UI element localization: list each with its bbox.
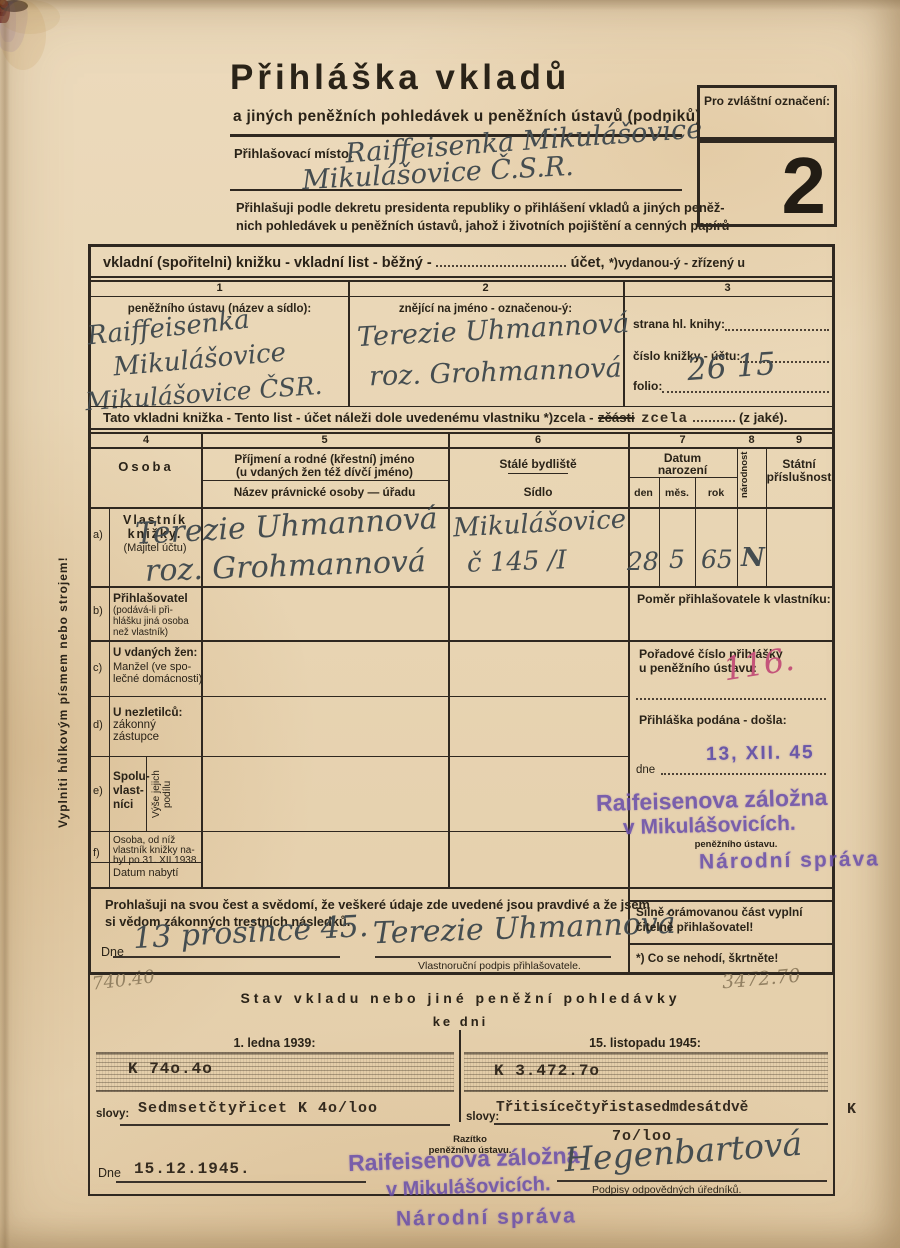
grid-line <box>91 831 628 832</box>
page-title: Přihláška vkladů <box>230 58 570 98</box>
grid-line <box>201 480 448 481</box>
margin-note: Vyplniti hůlkovým písmem nebo strojem! <box>56 388 74 828</box>
signature-line <box>375 956 611 958</box>
column-number-6: 6 <box>448 434 628 446</box>
name-column-label-1: Příjmení a rodné (křestní) jméno <box>201 452 448 466</box>
underline <box>557 1180 827 1182</box>
dotted-fill <box>662 390 829 393</box>
grid-line <box>91 406 832 407</box>
grid-line <box>628 477 737 478</box>
birth-month-handwriting: 5 <box>669 545 685 574</box>
scanned-form-page: Přihláška vkladů a jiných peněžních pohl… <box>0 0 900 1248</box>
main-form-box: vkladní (spořitelni) knižku - vkladní li… <box>88 244 835 975</box>
bold-frame-note: Silně orámovanou část vyplní čitelně při… <box>636 905 824 934</box>
grid-line <box>628 900 832 902</box>
decree-text-1: Přihlašuji podle dekretu presidenta repu… <box>236 200 725 215</box>
row-letter-d: d) <box>93 719 103 731</box>
grid-line <box>91 640 832 642</box>
co-owners-label-1: Spolu- <box>113 769 150 783</box>
officials-signature-caption: Podpisy odpovědných úředníků. <box>592 1184 741 1196</box>
column-number-5: 5 <box>201 434 448 446</box>
acquired-from-label-3: byl po 31. XII.1938 <box>113 855 196 866</box>
account-type-ucet: účet, <box>571 255 605 271</box>
submitted-label: Přihláška podána - došla: <box>639 713 787 727</box>
balance-dne-label: Dne <box>98 1166 121 1180</box>
co-owners-label-3: níci <box>113 797 133 811</box>
grid-line <box>448 432 450 887</box>
row-letter-c: c) <box>93 662 102 674</box>
seat-column-label: Sídlo <box>448 485 628 499</box>
grid-line <box>659 477 660 586</box>
residence-column-label: Stálé bydliště <box>448 457 628 471</box>
bank-stamp-line-1: Raifeisenova záložna <box>348 1142 580 1177</box>
row-letter-b: b) <box>93 605 103 617</box>
name-column-label-2: (u vdaných žen též dívčí jméno) <box>201 465 448 479</box>
ledger-page-label: strana hl. knihy: <box>633 317 725 331</box>
header-rule <box>230 189 682 191</box>
year-sub-label: rok <box>695 487 737 499</box>
bank-stamp-line-3: Národní správa <box>699 847 880 874</box>
share-size-label: Výše jejich podílu <box>151 759 197 829</box>
special-designation-label: Pro zvláštní označení: <box>700 94 834 108</box>
folio-handwriting: 26 15 <box>686 346 777 388</box>
grid-line <box>628 943 832 945</box>
minors-label-1: U nezletilců: <box>113 705 182 719</box>
grid-line <box>91 507 832 509</box>
account-type-left: vkladní (spořitelni) knižku - vkladní li… <box>103 255 432 271</box>
married-women-label-3: lečné domácnosti) <box>113 673 202 685</box>
bank-stamp-line-2: v Mikulášovicích. <box>386 1173 551 1202</box>
column-number-2: 2 <box>348 282 623 294</box>
place-label: Přihlašovací místo: <box>234 146 353 161</box>
row-letter-f: f) <box>93 847 100 859</box>
belongs-line: Tato vkladni knižka - Tento list - účet … <box>103 409 787 427</box>
grid-line <box>348 280 350 406</box>
dotted-fill <box>636 697 826 700</box>
grid-line <box>109 507 110 887</box>
balance-box: Stav vkladu nebo jiné peněžní pohledávky… <box>88 972 835 1196</box>
slovy-label-left: slovy: <box>96 1108 129 1120</box>
applicant-label-1: Přihlašovatel <box>113 591 188 605</box>
slovy-label-right: slovy: <box>466 1111 499 1123</box>
belongs-struck: zčásti <box>598 410 635 425</box>
dotted-fill <box>693 419 735 422</box>
belongs-typed: zcela <box>641 411 688 427</box>
account-type-line: vkladní (spořitelni) knižku - vkladní li… <box>103 254 745 272</box>
left-amount-typed: K 74o.4o <box>128 1060 213 1078</box>
signature-line <box>113 956 340 958</box>
co-owners-label-2: vlast- <box>113 783 144 797</box>
row-letter-e: e) <box>93 785 103 797</box>
bank-stamp-line-3: Národní správa <box>396 1204 577 1231</box>
nationality-column-label: národnost <box>739 449 765 501</box>
right-words-typed: Třitisícečtyřistasedmdesátdvě <box>496 1100 748 1116</box>
decree-text-2: nich pohledávek u peněžních ústavů, jaho… <box>236 218 729 233</box>
birthdate-column-label-2: narození <box>628 463 737 477</box>
nationality-handwriting: N <box>741 543 765 573</box>
grid-line <box>201 432 203 887</box>
official-signature-handwriting: Hegenbartová <box>563 1124 803 1180</box>
balance-subtitle: ke dni <box>90 1014 831 1029</box>
left-words-typed: Sedmsetčtyřicet K 4o/loo <box>138 1100 378 1117</box>
grid-line <box>91 756 628 757</box>
column-number-3: 3 <box>623 282 832 294</box>
balance-date-typed: 15.12.1945. <box>134 1160 251 1178</box>
grid-line <box>91 696 628 697</box>
belongs-prefix: Tato vkladni knižka - Tento list - účet … <box>103 410 594 425</box>
grid-line <box>623 280 625 406</box>
owner-address-handwriting-1: Mikulášovice <box>452 504 627 543</box>
page-number: 2 <box>782 148 827 224</box>
signature-caption: Vlastnoruční podpis přihlašovatele. <box>418 960 581 972</box>
crease-horizontal <box>0 0 900 14</box>
grid-line <box>508 473 568 474</box>
strike-note: *) Co se nehodí, škrtněte! <box>636 951 824 965</box>
day-sub-label: den <box>628 487 659 499</box>
grid-line <box>91 887 832 889</box>
special-designation-box: Pro zvláštní označení: <box>697 85 837 140</box>
crease-vertical <box>0 0 10 1248</box>
column-number-4: 4 <box>91 434 201 446</box>
column-number-9: 9 <box>766 434 832 446</box>
account-type-right: *)vydanou-ý - zřízený u <box>609 256 745 270</box>
dotted-fill <box>725 328 829 331</box>
balance-title: Stav vkladu nebo jiné peněžní pohledávky <box>90 990 831 1006</box>
double-rule <box>91 276 832 278</box>
account-name-handwriting-2: roz. Grohmannová <box>369 353 623 393</box>
citizenship-column-label-2: příslušnost <box>766 470 832 484</box>
double-rule <box>91 428 832 430</box>
minors-label-3: zástupce <box>113 731 159 743</box>
birth-year-handwriting: 65 <box>701 545 733 574</box>
grid-line <box>737 447 738 586</box>
belongs-suffix: (z jaké). <box>739 410 787 425</box>
grid-line <box>628 432 630 975</box>
month-sub-label: měs. <box>659 487 695 499</box>
applicant-label-4: než vlastník) <box>113 627 168 638</box>
dotted-fill <box>661 772 826 775</box>
person-column-label: Osoba <box>91 459 201 474</box>
received-date-stamp: 13, XII. 45 <box>706 742 815 766</box>
married-women-label-2: Manžel (ve spo- <box>113 661 191 673</box>
birth-day-handwriting: 28 <box>627 547 659 576</box>
row-letter-a: a) <box>93 529 103 541</box>
underline <box>120 1124 450 1126</box>
owner-address-handwriting-2: č 145 /I <box>467 545 568 578</box>
ledger-page-row: strana hl. knihy: <box>633 317 829 331</box>
acquisition-date-label: Datum nabytí <box>113 867 178 879</box>
left-date-label: 1. ledna 1939: <box>90 1036 459 1050</box>
relation-to-owner-label: Poměr přihlašovatele k vlastníku: <box>637 592 831 606</box>
minors-label-2: zákonný <box>113 719 156 731</box>
underline <box>116 1181 366 1183</box>
right-date-label: 15. listopadu 1945: <box>459 1036 831 1050</box>
column-number-7: 7 <box>628 434 737 446</box>
name-column-label-3: Název právnické osoby — úřadu <box>201 485 448 499</box>
citizenship-column-label-1: Státní <box>766 457 832 471</box>
grid-line <box>146 756 147 831</box>
dne-label: dne <box>636 764 655 776</box>
married-women-label-1: U vdaných žen: <box>113 647 197 659</box>
dotted-fill <box>436 264 566 267</box>
right-amount-typed: K 3.472.7o <box>494 1062 600 1080</box>
grid-line <box>766 447 767 586</box>
page-number-box: 2 <box>697 140 837 227</box>
bank-stamp-line-2: v Mikulášovicích. <box>623 812 796 841</box>
applicant-label-3: hlášku jiná osoba <box>113 616 189 627</box>
column-number-8: 8 <box>737 434 766 446</box>
grid-line <box>695 477 696 586</box>
right-words-k-typed: K <box>847 1101 857 1118</box>
grid-line <box>91 296 832 297</box>
folio-label: folio: <box>633 379 662 393</box>
applicant-label-2: (podává-li při- <box>113 605 173 616</box>
column-number-1: 1 <box>91 282 348 294</box>
